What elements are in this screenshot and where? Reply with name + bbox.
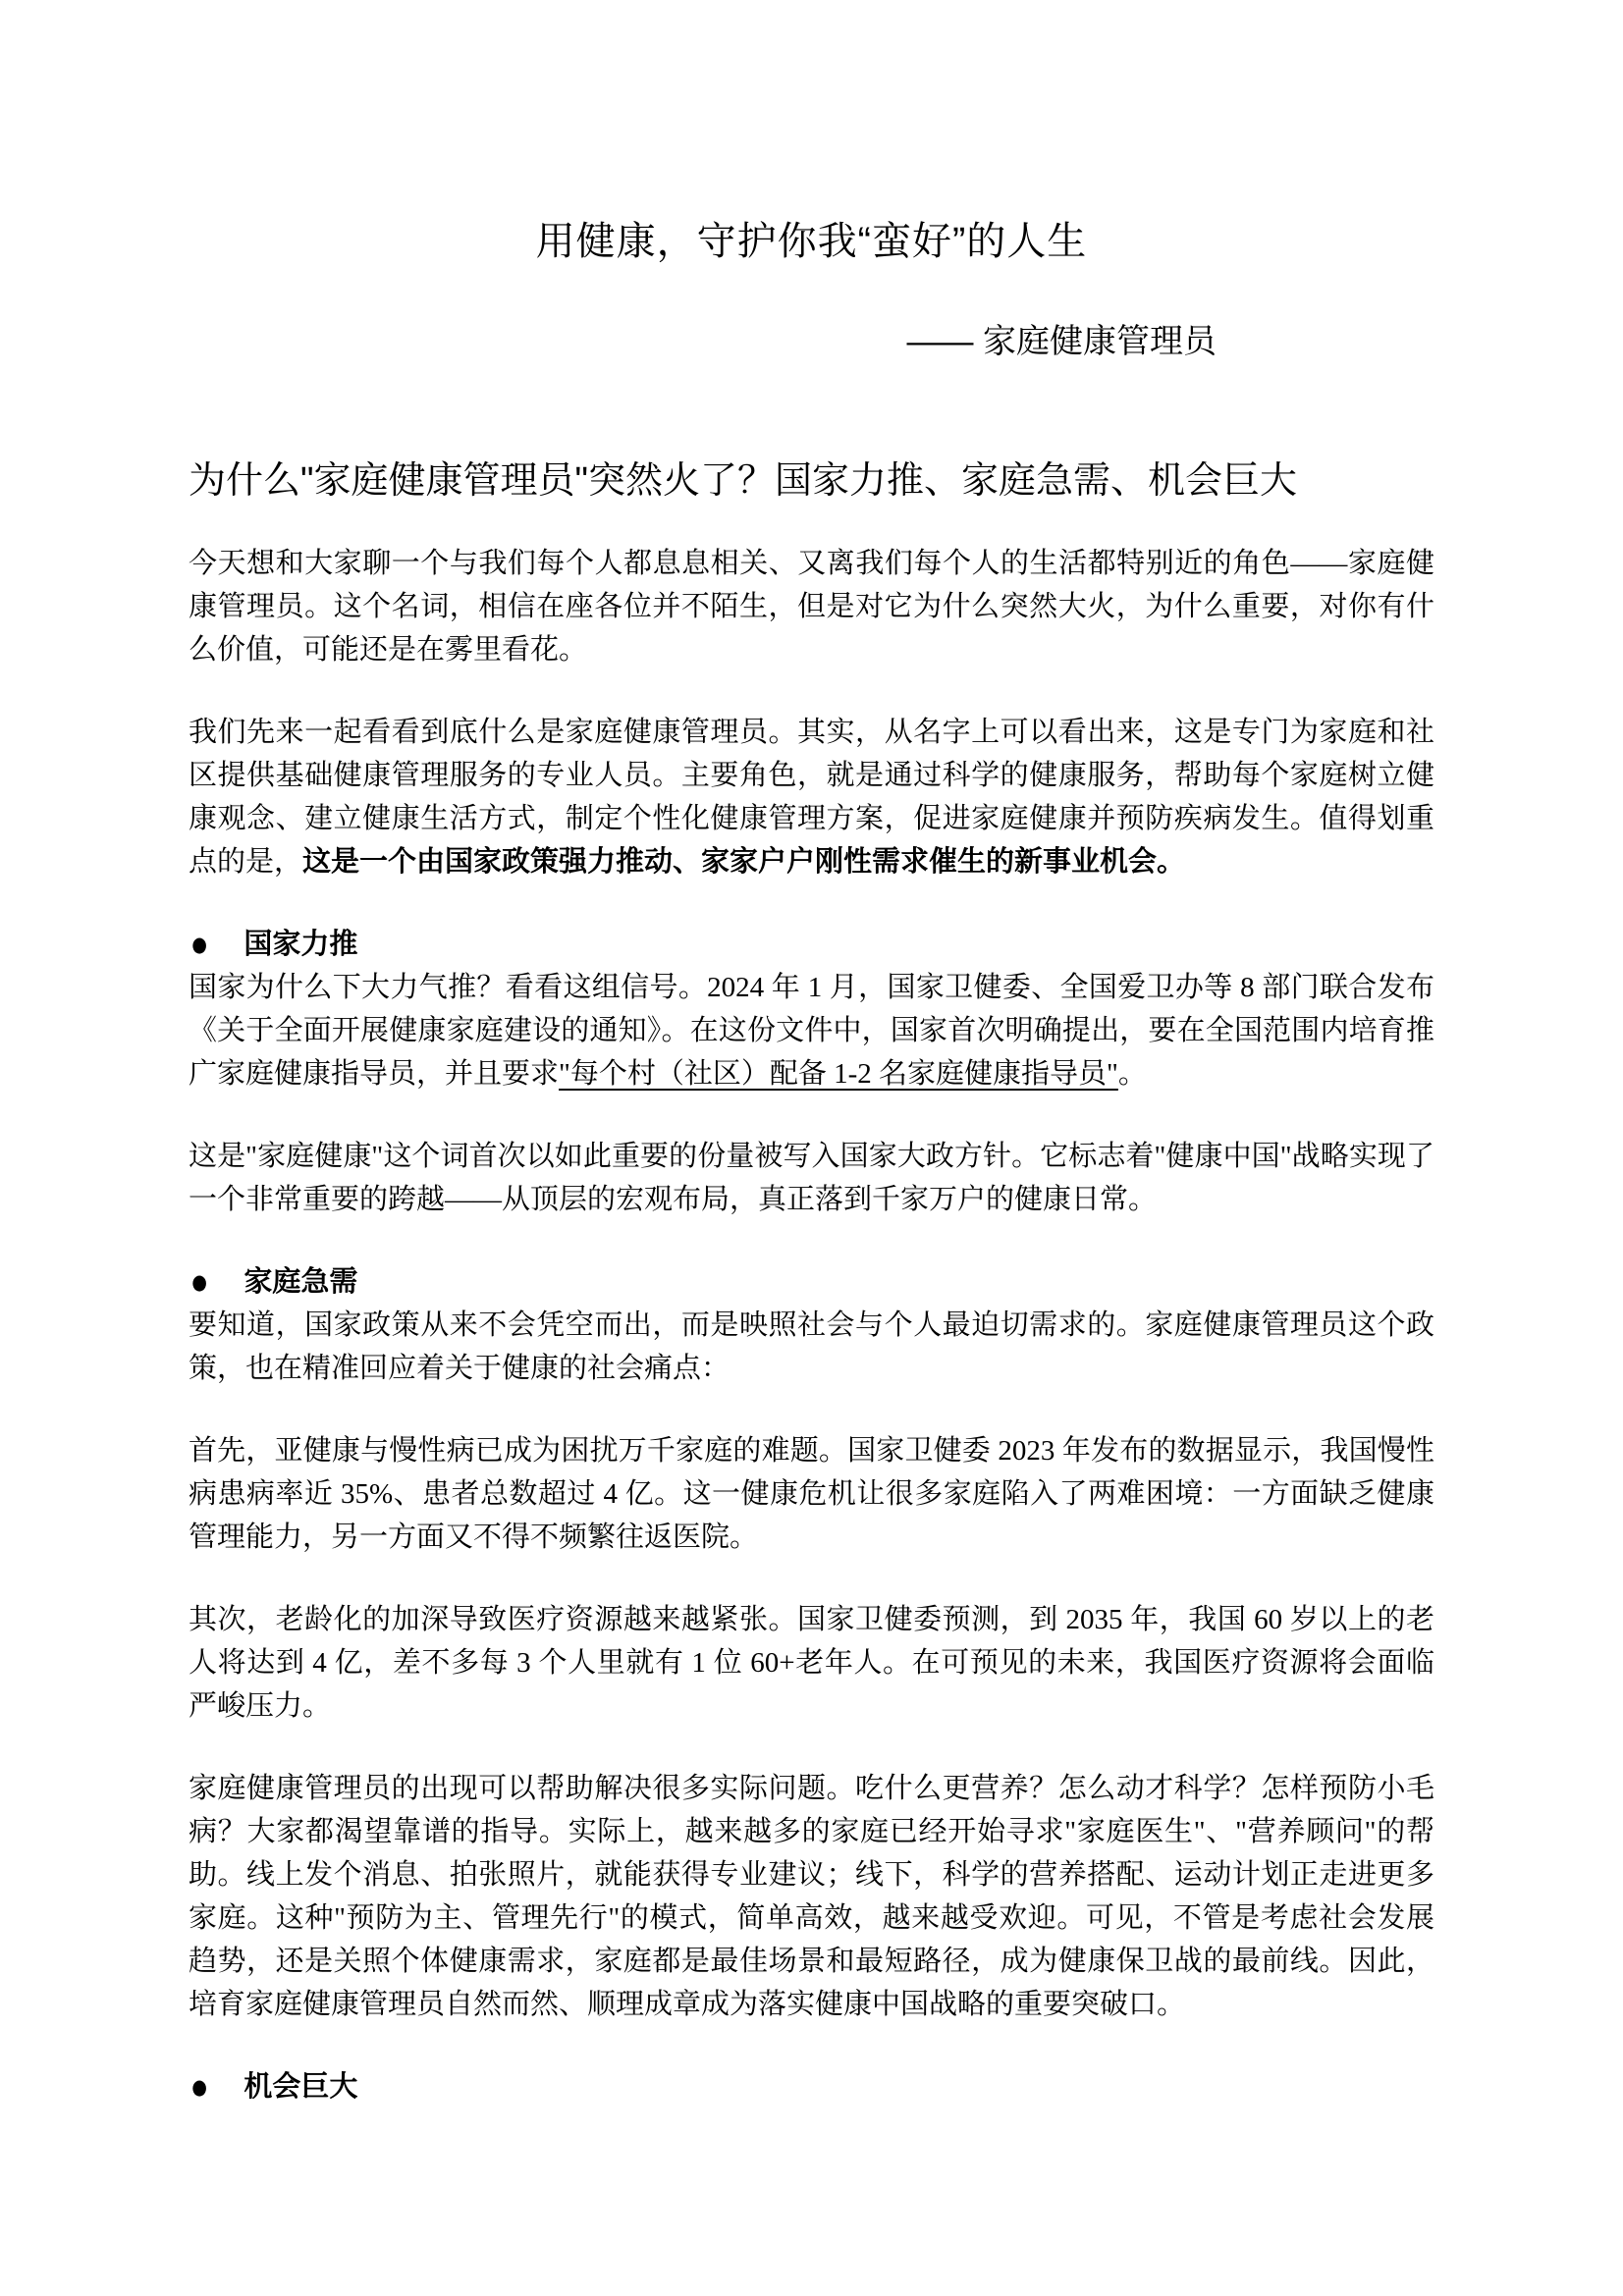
bullet-icon: ● [191, 923, 207, 966]
paragraph-policy-significance: 这是"家庭健康"这个词首次以如此重要的份量被写入国家大政方针。它标志着"健康中国… [189, 1135, 1434, 1221]
bullet-label-big-opportunity: 机会巨大 [243, 2065, 357, 2109]
paragraph-chronic-disease: 首先，亚健康与慢性病已成为困扰万千家庭的难题。国家卫健委 2023 年发布的数据… [189, 1429, 1434, 1559]
bullet-heading-national-push: ● 国家力推 [189, 923, 1434, 966]
bullet-icon: ● [191, 2065, 207, 2109]
bullet-icon: ● [191, 1260, 207, 1304]
paragraph-practical-value: 家庭健康管理员的出现可以帮助解决很多实际问题。吃什么更营养？怎么动才科学？怎样预… [189, 1767, 1434, 2026]
document-subtitle: —— 家庭健康管理员 [189, 322, 1434, 361]
paragraph-intro-2-bold-text: 这是一个由国家政策强力推动、家家户户刚性需求催生的新事业机会。 [302, 846, 1185, 878]
bullet-heading-big-opportunity: ● 机会巨大 [189, 2065, 1434, 2109]
paragraph-policy-signal: 国家为什么下大力气推？看看这组信号。2024 年 1 月，国家卫健委、全国爱卫办… [189, 966, 1434, 1095]
bullet-heading-family-need: ● 家庭急需 [189, 1260, 1434, 1304]
document-title: 用健康，守护你我“蛮好”的人生 [189, 218, 1434, 265]
bullet-label-national-push: 国家力推 [243, 923, 357, 966]
article-heading: 为什么"家庭健康管理员"突然火了？国家力推、家庭急需、机会巨大 [189, 442, 1434, 520]
document-page: 用健康，守护你我“蛮好”的人生 —— 家庭健康管理员 为什么"家庭健康管理员"突… [0, 0, 1623, 2296]
paragraph-aging: 其次，老龄化的加深导致医疗资源越来越紧张。国家卫健委预测，到 2035 年，我国… [189, 1598, 1434, 1728]
bullet-label-family-need: 家庭急需 [243, 1260, 357, 1304]
paragraph-policy-signal-period: 。 [1118, 1058, 1147, 1090]
paragraph-intro-2: 我们先来一起看看到底什么是家庭健康管理员。其实，从名字上可以看出来，这是专门为家… [189, 711, 1434, 883]
paragraph-intro-1: 今天想和大家聊一个与我们每个人都息息相关、又离我们每个人的生活都特别近的角色——… [189, 542, 1434, 671]
paragraph-social-painpoint: 要知道，国家政策从来不会凭空而出，而是映照社会与个人最迫切需求的。家庭健康管理员… [189, 1304, 1434, 1390]
paragraph-policy-signal-underlined-text: "每个村（社区）配备 1-2 名家庭健康指导员" [559, 1058, 1118, 1090]
